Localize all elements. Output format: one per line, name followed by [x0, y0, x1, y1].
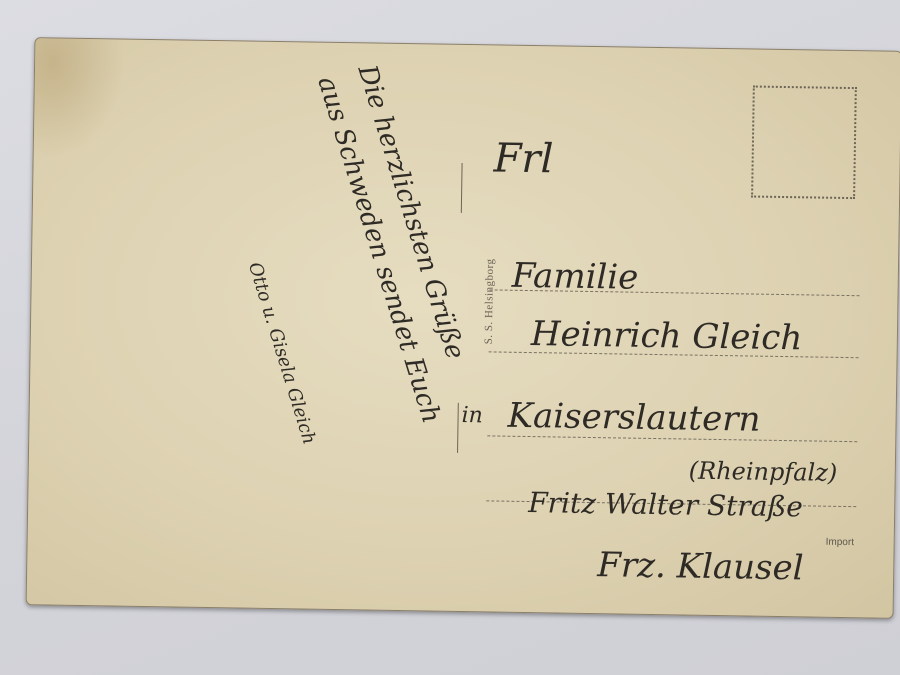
ship-caption: S. S. Helsingborg	[482, 241, 496, 361]
sender-mark: Frz. Klausel	[597, 545, 804, 588]
corner-mark: Frl	[493, 135, 553, 182]
address-city: Kaiserslautern	[507, 396, 760, 440]
stamp-box	[751, 86, 857, 200]
corner-stain	[34, 38, 126, 159]
address-region: (Rheinpfalz)	[689, 457, 838, 487]
address-street: Fritz Walter Straße	[528, 486, 803, 523]
postcard: Die herzlichsten Grüße aus Schweden send…	[26, 37, 900, 619]
address-prefix: in	[461, 403, 483, 428]
import-label: Import	[826, 537, 855, 548]
message-line-3: Otto u. Gisela Gleich	[244, 260, 320, 447]
address-salutation: Familie	[512, 256, 639, 298]
address-name: Heinrich Gleich	[531, 314, 803, 358]
